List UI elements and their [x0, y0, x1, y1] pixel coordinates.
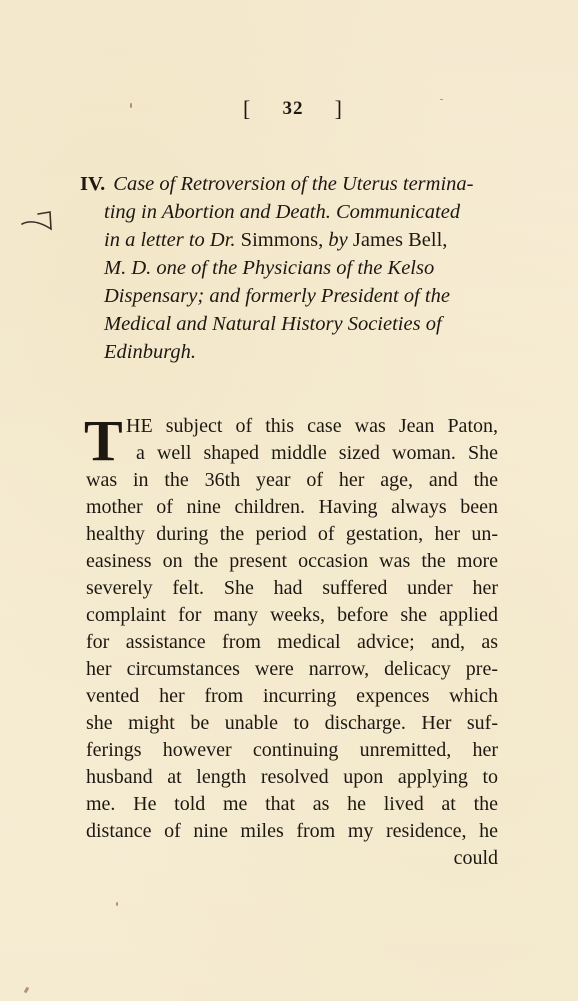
body-line: healthy during the period of gestation, …	[86, 521, 498, 548]
body-line: easiness on the present occasion was the…	[86, 548, 498, 575]
body-line: severely felt. She had suffered under he…	[86, 575, 498, 602]
heading-line-6: Medical and Natural History Societies of	[80, 310, 490, 338]
body-line: a well shaped middle sized woman. She	[86, 440, 498, 467]
body-line: vented her from incurring expences which	[86, 683, 498, 710]
heading-line-3: in a letter to Dr. Simmons, by James Bel…	[80, 226, 490, 254]
section-numeral: IV.	[80, 173, 105, 195]
heading-line-5: Dispensary; and formerly President of th…	[80, 282, 490, 310]
heading-line-2: ting in Abortion and Death. Communicated	[80, 198, 490, 226]
body-paragraph: T HE subject of this case was Jean Paton…	[86, 413, 498, 872]
handwritten-margin-mark-icon	[20, 210, 60, 245]
body-line: distance of nine miles from my residence…	[86, 818, 498, 845]
drop-cap: T	[84, 416, 123, 466]
body-line: complaint for many weeks, before she app…	[86, 602, 498, 629]
catchword: could	[86, 845, 498, 872]
body-line: me. He told me that as he lived at the	[86, 791, 498, 818]
page-number: [ 32 ]	[243, 96, 343, 122]
paper-speck	[24, 987, 30, 994]
body-line: her circumstances were narrow, delicacy …	[86, 656, 498, 683]
bracket-right: ]	[335, 96, 343, 122]
paper-speck	[130, 103, 132, 108]
body-line: was in the 36th year of her age, and the	[86, 467, 498, 494]
body-line: HE subject of this case was Jean Paton,	[86, 413, 498, 440]
body-line: ferings however continuing unremitted, h…	[86, 737, 498, 764]
body-line: for assistance from medical advice; and,…	[86, 629, 498, 656]
paper-speck	[160, 719, 162, 724]
book-page: [ 32 ] IV.Case of Retroversion of the Ut…	[0, 0, 578, 1001]
paper-speck	[116, 902, 118, 906]
article-heading: IV.Case of Retroversion of the Uterus te…	[80, 170, 490, 366]
body-line: she might be unable to discharge. Her su…	[86, 710, 498, 737]
paper-speck	[440, 99, 443, 100]
page-number-value: 32	[283, 98, 304, 120]
body-line: mother of nine children. Having always b…	[86, 494, 498, 521]
heading-line-4: M. D. one of the Physicians of the Kelso	[80, 254, 490, 282]
heading-line-7: Edinburgh.	[80, 338, 490, 366]
bracket-left: [	[243, 96, 251, 122]
heading-line-1: IV.Case of Retroversion of the Uterus te…	[80, 170, 490, 198]
body-line: husband at length resolved upon applying…	[86, 764, 498, 791]
